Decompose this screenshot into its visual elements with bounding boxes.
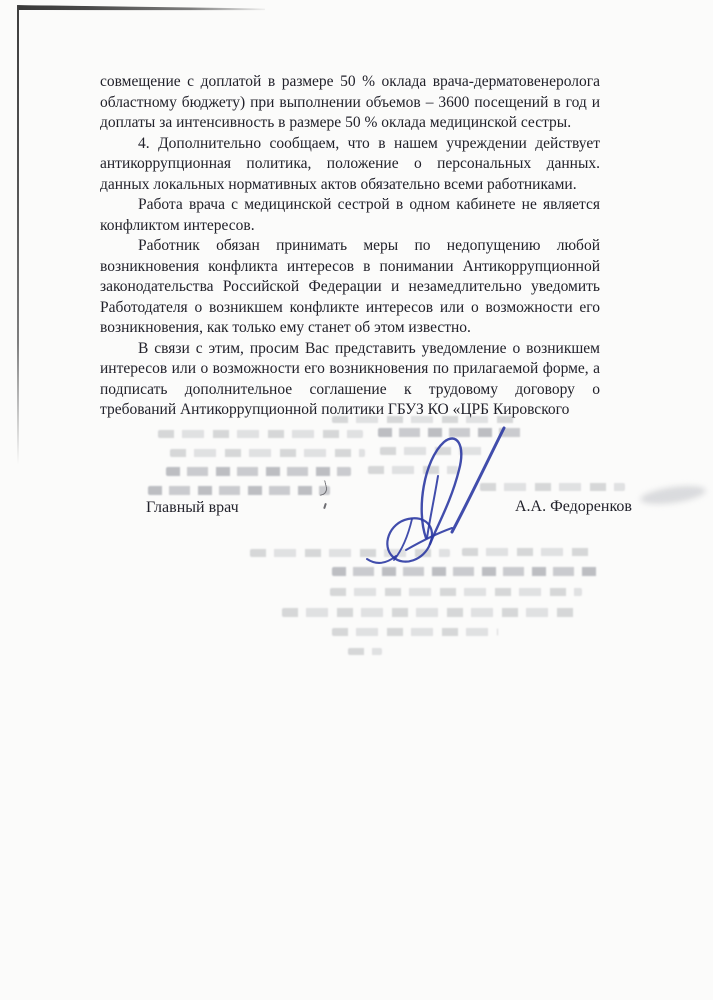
text-line: совмещение с доплатой в размере 50 % окл… bbox=[100, 72, 600, 93]
text-line: данных локальных нормативных актов обяза… bbox=[100, 175, 600, 196]
text-line: возникновения конфликта интересов в пони… bbox=[100, 257, 600, 278]
bleed-through-line bbox=[332, 628, 498, 636]
paragraph-payment: совмещение с доплатой в размере 50 % окл… bbox=[100, 72, 600, 134]
paragraph-request: В связи с этим, просим Вас представить у… bbox=[100, 339, 600, 421]
bleed-through-line bbox=[170, 449, 365, 457]
bleed-through-line bbox=[148, 486, 330, 495]
scan-edge-left-line bbox=[17, 6, 19, 474]
text-line: антикоррупционная политика, положение о … bbox=[100, 154, 600, 175]
text-line: подписать дополнительное соглашение к тр… bbox=[100, 380, 600, 401]
signoff-name: А.А. Федоренков bbox=[515, 498, 632, 516]
bleed-through-line bbox=[282, 608, 580, 617]
text-line: возникновения, как только ему станет об … bbox=[100, 318, 600, 339]
text-line: областному бюджету) при выполнении объем… bbox=[100, 93, 600, 114]
text-line: интересов или о возможности его возникно… bbox=[100, 359, 600, 380]
bleed-through-line bbox=[348, 648, 382, 655]
bleed-through-line bbox=[332, 567, 600, 576]
text-line: Работник обязан принимать меры по недопу… bbox=[100, 236, 600, 257]
text-line: законодательства Российской Федерации и … bbox=[100, 277, 600, 298]
paragraph-anticorruption-policy: 4. Дополнительно сообщаем, что в нашем у… bbox=[100, 134, 600, 196]
bleed-through-line bbox=[166, 467, 351, 476]
text-line: 4. Дополнительно сообщаем, что в нашем у… bbox=[100, 134, 600, 155]
scan-edge-top-line bbox=[17, 5, 265, 12]
text-line: конфликтом интересов. bbox=[100, 216, 600, 237]
paragraph-employee-duty: Работник обязан принимать меры по недопу… bbox=[100, 236, 600, 339]
letter-body-text: совмещение с доплатой в размере 50 % окл… bbox=[100, 72, 600, 421]
signoff-role: Главный врач bbox=[146, 499, 239, 517]
paragraph-no-conflict: Работа врача с медицинской сестрой в одн… bbox=[100, 195, 600, 236]
bleed-through-line bbox=[158, 430, 363, 438]
scanned-letter-page: совмещение с доплатой в размере 50 % окл… bbox=[0, 0, 713, 1000]
text-line: Работа врача с медицинской сестрой в одн… bbox=[100, 195, 600, 216]
text-line: Работодателя о возникшем конфликте интер… bbox=[100, 298, 600, 319]
text-line: В связи с этим, просим Вас представить у… bbox=[100, 339, 600, 360]
text-line: доплаты за интенсивность в размере 50 % … bbox=[100, 113, 600, 134]
signature-ink bbox=[340, 418, 520, 568]
ink-speck bbox=[323, 503, 327, 509]
bleed-through-smudge bbox=[639, 482, 707, 507]
bleed-through-line bbox=[330, 588, 582, 596]
